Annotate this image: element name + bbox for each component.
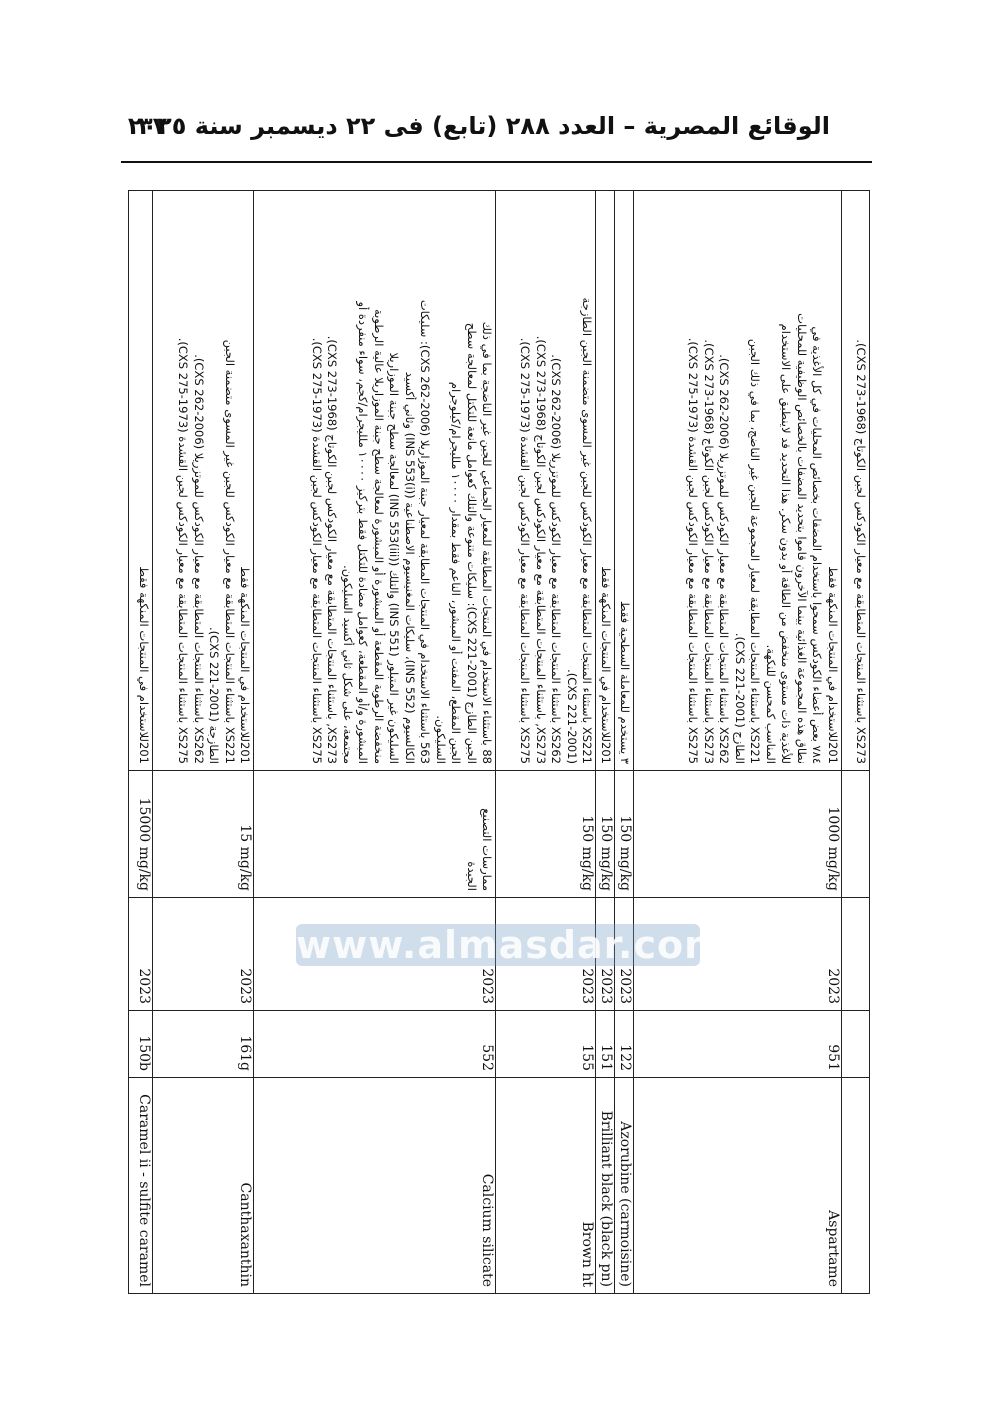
additive-name-cell: Caramel ii - sulfite caramel [129, 1078, 153, 1294]
note-line: 201للاستخدام في المنتجات المنكهة فقط [136, 197, 152, 764]
note-line: XS275 باستثناء المنتجات المتطابقة مع معي… [517, 197, 533, 764]
year-cell: 2023 [153, 898, 254, 1011]
note-line: نطاق هذه المجموعة الغذائية بينما الآخرون… [794, 197, 810, 764]
note-line: XS221 باستثناء المنتجات المطابقة لمعيار … [747, 197, 763, 764]
table-row: 201للاستخدام في المنتجات المنكهة فقطXS22… [153, 191, 254, 1294]
note-line: الجبن المقطع، المفتت أو المبشور، الناعم … [448, 197, 464, 764]
max-level-cell: 15000 mg/kg [129, 771, 153, 898]
table-row: ٣ يستخدم للمعاملة السطحية فقط150 mg/kg20… [615, 191, 634, 1294]
notes-cell: 201للاستخدام في المنتجات المنكهة فقط [129, 191, 153, 771]
note-line: الجبن الطازج (CXS 221-2001): سليكات متنو… [464, 197, 480, 764]
notes-cell: XS273 باستثناء المنتجات المتطابقة مع معي… [842, 191, 870, 771]
table-row: 88 باستثناء الاستخدام في المنتجات المطاب… [254, 191, 496, 1294]
note-line: XS273, باستثناء المنتجات المتطابقة مع مع… [533, 197, 549, 764]
ins-number-cell: 151 [596, 1011, 615, 1078]
note-line: (CXS 221-2001). [564, 197, 580, 764]
ins-number-cell: 122 [615, 1011, 634, 1078]
page-number: ٣٧ [138, 112, 167, 140]
table-row: XS221 باستثناء المنتجات المتطابقة مع معي… [496, 191, 596, 1294]
note-line: منخفضة الرطوبة المقطعة أو المبشورة أو ال… [371, 197, 387, 764]
note-line: XS273 باستثناء المنتجات المتطابقة مع معي… [701, 197, 717, 764]
note-line: 201للاستخدام في المنتجات المنكهة فقط [237, 197, 253, 764]
additive-name-cell [842, 1078, 870, 1294]
max-level-cell: 150 mg/kg [615, 771, 634, 898]
additive-name-cell: Canthaxanthin [153, 1078, 254, 1294]
note-line: XS262 باستثناء المنتجات المتطابقة مع معي… [716, 197, 732, 764]
note-line: السليكون. [433, 197, 449, 764]
note-line: 88 باستثناء الاستخدام في المنتجات المطاب… [479, 197, 495, 764]
note-line: XS275 باستثناء المنتجات المتطابقة مع معي… [175, 197, 191, 764]
table-row: 201للاستخدام في المنتجات المنكهة فقط1500… [129, 191, 153, 1294]
note-line: XS221 باستثناء المنتجات المتطابقة مع معي… [579, 197, 595, 764]
note-line: 201للاستخدام في المنتجات المنكهة فقط [825, 197, 841, 764]
note-line: XS221 باستثناء المنتجات المتطابقة مع معي… [222, 197, 238, 764]
note-line: السليكون غير المتبلور (INS 551) والتلك (… [386, 197, 402, 764]
notes-cell: 201للاستخدام في المنتجات المنكهة فقط٧٨٤ … [634, 191, 842, 771]
notes-cell: XS221 باستثناء المنتجات المتطابقة مع معي… [496, 191, 596, 771]
table-row: XS273 باستثناء المنتجات المتطابقة مع معي… [842, 191, 870, 1294]
additive-name-cell: Brilliant black (black pn) [596, 1078, 615, 1294]
note-line: الكالسيوم (INS 552)، سليكات المغنيسيوم ا… [402, 197, 418, 764]
gazette-title: الوقائع المصرية – العدد ٢٨٨ (تابع) فى ٢٢… [128, 112, 830, 140]
additive-name-cell: Calcium silicate [254, 1078, 496, 1294]
max-level-cell: 1000 mg/kg [634, 771, 842, 898]
ins-number-cell: 552 [254, 1011, 496, 1078]
rotated-table-container: XS273 باستثناء المنتجات المتطابقة مع معي… [133, 190, 870, 1293]
max-level-cell [842, 771, 870, 898]
note-line: XS273 باستثناء المنتجات المتطابقة مع معي… [853, 197, 869, 764]
max-level-cell: 150 mg/kg [596, 771, 615, 898]
note-line: XS262 باستثناء المنتجات المتطابقة مع معي… [191, 197, 207, 764]
note-line: ٣ يستخدم للمعاملة السطحية فقط [617, 197, 633, 764]
notes-cell: ٣ يستخدم للمعاملة السطحية فقط [615, 191, 634, 771]
notes-cell: 201للاستخدام في المنتجات المنكهة فقط [596, 191, 615, 771]
year-cell: 2023 [129, 898, 153, 1011]
ins-number-cell: 161g [153, 1011, 254, 1078]
notes-cell: 201للاستخدام في المنتجات المنكهة فقطXS22… [153, 191, 254, 771]
max-level-cell: ممارسات التصنيع الجيدة [254, 771, 496, 898]
max-level-cell: 150 mg/kg [496, 771, 596, 898]
ins-number-cell: 150b [129, 1011, 153, 1078]
note-line: XS275 باستثناء المنتجات المتطابقة مع معي… [685, 197, 701, 764]
additive-name-cell: Azorubine (carmoisine) [615, 1078, 634, 1294]
notes-cell: 88 باستثناء الاستخدام في المنتجات المطاب… [254, 191, 496, 771]
note-line: المناسب كمحسن للنكهة. [763, 197, 779, 764]
table-row: 201للاستخدام في المنتجات المنكهة فقط150 … [596, 191, 615, 1294]
ins-number-cell: 155 [496, 1011, 596, 1078]
note-line: مجتمعة، على شكل ثاني أكسيد السليكون. [340, 197, 356, 764]
year-cell [842, 898, 870, 1011]
note-line: للأغذية ذات مستوى منخفض من الطاقة أو بدو… [778, 197, 794, 764]
note-line: XS273, باستثناء المنتجات المتطابقة مع مع… [324, 197, 340, 764]
note-line: 201للاستخدام في المنتجات المنكهة فقط [598, 197, 614, 764]
table-row: 201للاستخدام في المنتجات المنكهة فقط٧٨٤ … [634, 191, 842, 1294]
additive-name-cell: Brown ht [496, 1078, 596, 1294]
note-line: XS262 باستثناء المنتجات المتطابقة مع معي… [548, 197, 564, 764]
note-line: ٧٨٤ بعض أعضاء الكودكس سمحوا باستخدام الم… [809, 197, 825, 764]
note-line: XS275 باستثناء المنتجات المتطابقة مع معي… [309, 197, 325, 764]
ins-number-cell [842, 1011, 870, 1078]
ins-number-cell: 951 [634, 1011, 842, 1078]
watermark-url: www.almasdar.com [296, 924, 700, 966]
max-level-cell: 15 mg/kg [153, 771, 254, 898]
note-line: 563 باستثناء الاستخدام في المنتجات المطا… [417, 197, 433, 764]
note-line: الطازجة (CXS 221-2001). [206, 197, 222, 764]
additive-name-cell: Aspartame [634, 1078, 842, 1294]
header-divider [121, 161, 872, 163]
page-header: الوقائع المصرية – العدد ٢٨٨ (تابع) فى ٢٢… [130, 112, 830, 152]
note-line: الطازج (CXS 221-2001). [732, 197, 748, 764]
note-line: المبشورة و/أو المقطعة، كعوامل مضادة للتك… [355, 197, 371, 764]
additives-table: XS273 باستثناء المنتجات المتطابقة مع معي… [129, 190, 871, 1294]
